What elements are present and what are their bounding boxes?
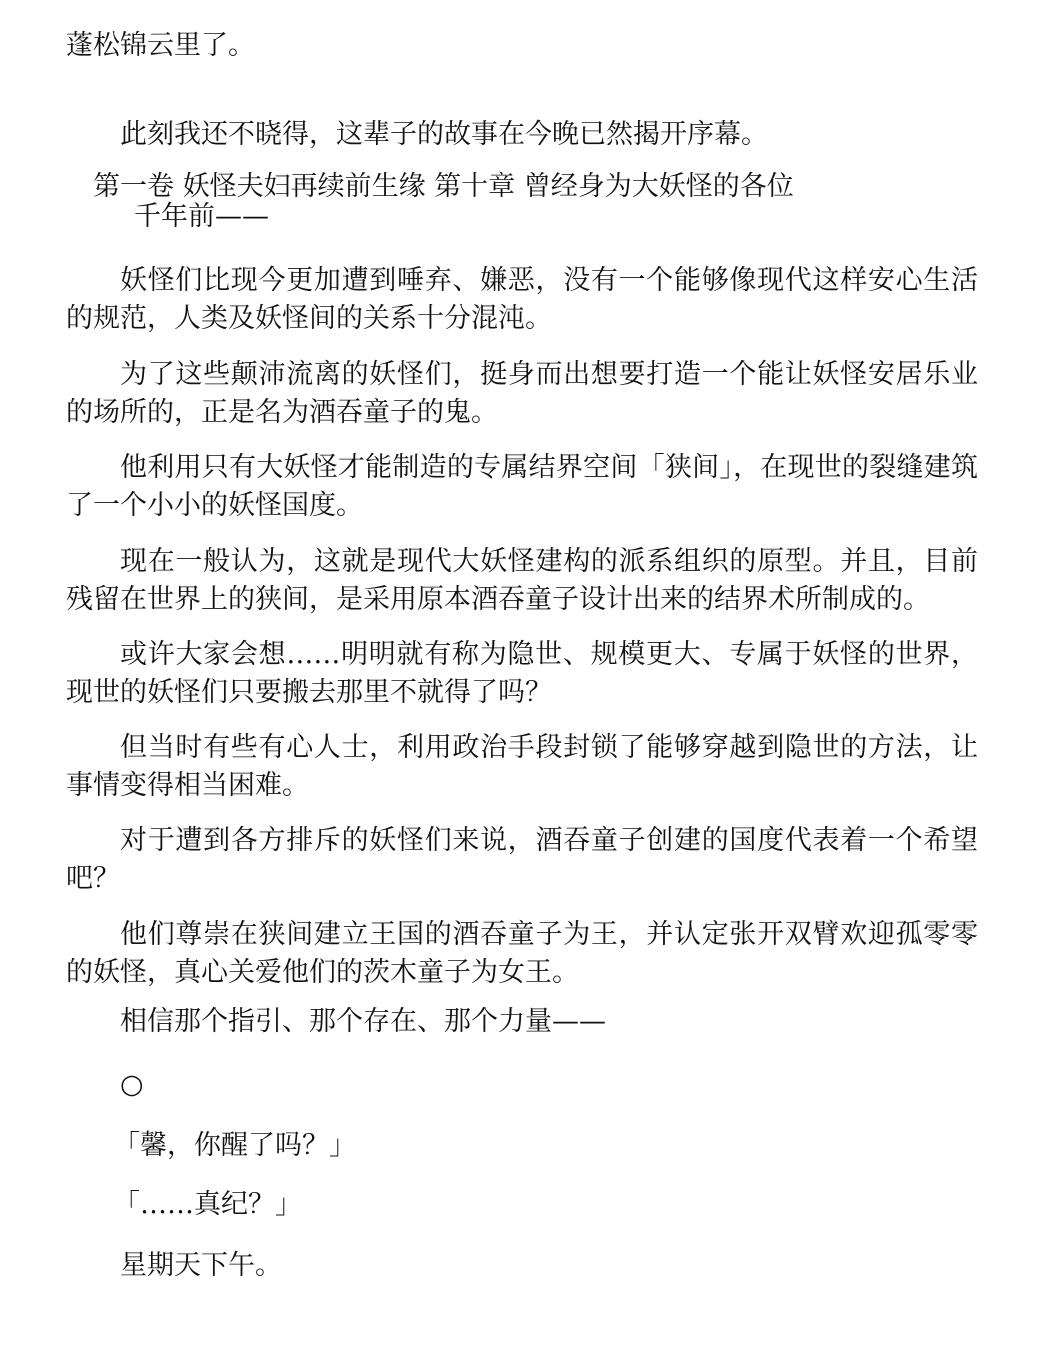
document-page: 蓬松锦云里了。 此刻我还不晓得，这辈子的故事在今晚已然揭开序幕。 第一卷 妖怪夫…: [0, 0, 1046, 1354]
closing-line: 星期天下午。: [66, 1247, 978, 1285]
dialogue-line: 「……真纪？」: [113, 1186, 1025, 1224]
paragraph: 妖怪们比现今更加遭到唾弃、嫌恶，没有一个能够像现代这样安心生活的规范，人类及妖怪…: [66, 262, 978, 338]
chapter-subtitle: 千年前——: [93, 202, 993, 232]
paragraph: 但当时有些有心人士，利用政治手段封锁了能够穿越到隐世的方法，让事情变得相当困难。: [66, 729, 978, 805]
paragraph: 对于遭到各方排斥的妖怪们来说，酒吞童子创建的国度代表着一个希望吧？: [66, 822, 978, 898]
paragraph: 他利用只有大妖怪才能制造的专属结界空间「狭间」，在现世的裂缝建筑了一个小小的妖怪…: [66, 449, 978, 525]
scene-break-mark: ○: [66, 1066, 978, 1104]
paragraph: 相信那个指引、那个存在、那个力量——: [66, 1003, 978, 1041]
paragraph: 此刻我还不晓得，这辈子的故事在今晚已然揭开序幕。: [66, 116, 978, 154]
continuation-line: 蓬松锦云里了。: [66, 27, 978, 65]
paragraph: 他们尊崇在狭间建立王国的酒吞童子为王，并认定张开双臂欢迎孤零零的妖怪，真心关爱他…: [66, 916, 978, 992]
dialogue-line: 「馨，你醒了吗？」: [113, 1127, 1025, 1165]
paragraph: 现在一般认为，这就是现代大妖怪建构的派系组织的原型。并且，目前残留在世界上的狭间…: [66, 543, 978, 619]
paragraph: 或许大家会想……明明就有称为隐世、规模更大、专属于妖怪的世界，现世的妖怪们只要搬…: [66, 636, 978, 712]
chapter-heading: 第一卷 妖怪夫妇再续前生缘 第十章 曾经身为大妖怪的各位 千年前——: [93, 172, 993, 232]
chapter-title: 第一卷 妖怪夫妇再续前生缘 第十章 曾经身为大妖怪的各位: [93, 171, 794, 202]
paragraph: 为了这些颠沛流离的妖怪们，挺身而出想要打造一个能让妖怪安居乐业的场所的，正是名为…: [66, 356, 978, 432]
